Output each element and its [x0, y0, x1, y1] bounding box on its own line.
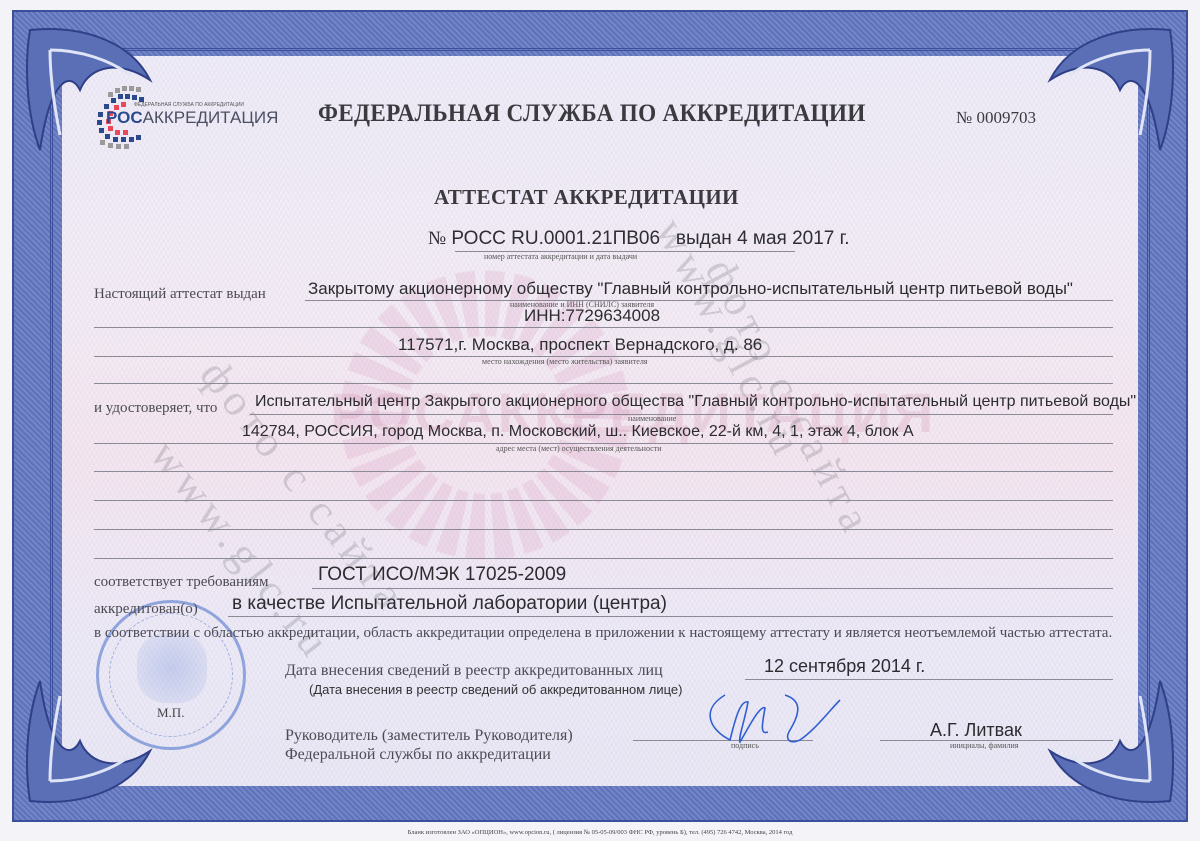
- rule-line: [312, 588, 1113, 589]
- rule-line: [228, 616, 1113, 617]
- leaf-ornament-icon: [1040, 20, 1180, 160]
- rule-line: [745, 679, 1113, 680]
- number-sign: №: [428, 228, 446, 249]
- signatory-name: А.Г. Литвак: [930, 720, 1022, 741]
- logo-wordmark: РОСАККРЕДИТАЦИЯ: [106, 108, 278, 128]
- form-serial-number: № 0009703: [956, 108, 1036, 128]
- issued-to-label: Настоящий аттестат выдан: [94, 286, 266, 303]
- agency-title: ФЕДЕРАЛЬНАЯ СЛУЖБА ПО АККРЕДИТАЦИИ: [318, 100, 866, 128]
- applicant-address: 117571,г. Москва, проспект Вернадского, …: [398, 335, 762, 355]
- laboratory-address: 142784, РОССИЯ, город Москва, п. Московс…: [242, 423, 914, 441]
- laboratory-name-caption: наименование: [628, 414, 676, 423]
- rule-line: [94, 383, 1113, 384]
- signatory-name-caption: инициалы, фамилия: [950, 741, 1018, 750]
- rule-line: [94, 500, 1113, 501]
- applicant-name: Закрытому акционерному обществу "Главный…: [308, 279, 1073, 299]
- certificate-number: РОСС RU.0001.21ПВ06: [451, 228, 660, 249]
- issue-date: выдан 4 мая 2017 г.: [676, 228, 850, 249]
- applicant-inn: ИНН:7729634008: [524, 306, 660, 326]
- form-printer-footer: Бланк изготовлен ЗАО «ОПЦИОН», www.opcio…: [0, 829, 1200, 836]
- signatory-role-line1: Руководитель (заместитель Руководителя): [285, 727, 573, 745]
- certificate-number-caption: номер аттестата аккредитации и дата выда…: [484, 252, 637, 261]
- accredited-label: аккредитован(о): [94, 601, 198, 618]
- registry-date-caption: (Дата внесения в реестр сведений об аккр…: [309, 682, 683, 697]
- logo-word: АККРЕДИТАЦИЯ: [143, 108, 279, 127]
- registry-date-label: Дата внесения сведений в реестр аккредит…: [285, 662, 663, 680]
- rule-line: [94, 327, 1113, 328]
- document-title: АТТЕСТАТ АККРЕДИТАЦИИ: [434, 185, 739, 210]
- logo-prefix: РОС: [106, 108, 143, 127]
- certificate-number-line: № РОСС RU.0001.21ПВ06 выдан 4 мая 2017 г…: [428, 228, 850, 250]
- accreditation-type: в качестве Испытательной лаборатории (це…: [232, 593, 667, 615]
- leaf-ornament-icon: [1040, 671, 1180, 811]
- laboratory-address-caption: адрес места (мест) осуществления деятель…: [496, 444, 661, 453]
- certifies-label: и удостоверяет, что: [94, 400, 217, 417]
- handwritten-signature-icon: [690, 690, 860, 750]
- scope-statement: в соответствии с областью аккредитации, …: [94, 623, 1134, 643]
- seal-placeholder-label: М.П.: [157, 705, 184, 721]
- rule-line: [94, 471, 1113, 472]
- requirements-standard: ГОСТ ИСО/МЭК 17025-2009: [318, 564, 566, 586]
- rule-line: [94, 529, 1113, 530]
- rule-line: [305, 300, 1113, 301]
- requirements-label: соответствует требованиям: [94, 574, 268, 591]
- rosaccreditation-logo: ФЕДЕРАЛЬНАЯ СЛУЖБА ПО АККРЕДИТАЦИИ РОСАК…: [92, 84, 262, 150]
- registry-date: 12 сентября 2014 г.: [764, 656, 925, 677]
- laboratory-name: Испытательный центр Закрытого акционерно…: [255, 393, 1136, 411]
- rule-line: [250, 414, 1113, 415]
- applicant-address-caption: место нахождения (место жительства) заяв…: [482, 357, 648, 366]
- rule-line: [94, 558, 1113, 559]
- signatory-role-line2: Федеральной службы по аккредитации: [285, 746, 551, 764]
